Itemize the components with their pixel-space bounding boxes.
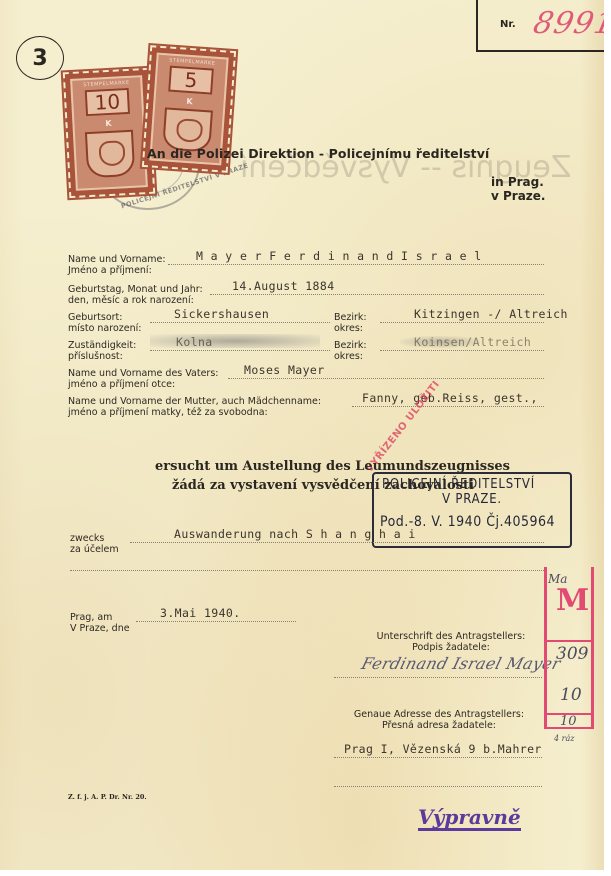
birth-district-line [380,322,544,323]
birth-date-line [210,294,544,295]
father-value: Moses Mayer [244,363,325,377]
date-label: Prag, am V Praze, dne [70,612,130,634]
mother-value: Fanny, geb.Reiss, gest., [362,391,538,405]
stamp-value: 5 [168,66,214,95]
father-label: Name und Vorname des Vaters: jméno a pří… [68,368,218,390]
address-value: Prag I, Vězenská 9 b.Mahrer [344,742,542,756]
registry-box-divider [544,640,594,642]
purpose-value: Auswanderung nach S h a n g h a i [174,527,416,541]
signature-label: Unterschrift des Antragstellers: Podpis … [366,631,536,653]
birth-place-label: Geburtsort: místo narození: [68,312,141,334]
nr-value: 8991 [530,6,604,41]
name-value: M a y e r F e r d i n a n d I s r a e l [196,249,482,263]
birth-place-line [150,322,330,323]
date-line [136,621,296,622]
date-value: 3.Mai 1940. [160,606,241,620]
form-footer-code: Z. f. j. A. P. Dr. Nr. 20. [68,793,147,801]
police-stamp-line1: POLICEJNÍ ŘEDITELSTVÍ [382,477,535,492]
birth-place-value: Sickershausen [174,307,269,321]
address-line [334,757,542,758]
stamp-unit: K [155,95,223,109]
father-line [228,378,544,379]
nr-label: Nr. [500,19,516,30]
name-label: Name und Vorname: Jméno a příjmení: [68,254,166,276]
stamp-top-text: STEMPELMARKE [72,79,140,89]
vypravne-stamp: Výpravně [418,806,521,831]
stamp-top-text: STEMPELMARKE [158,57,226,68]
registry-number-1: 309 [556,644,588,664]
mother-label: Name und Vorname der Mutter, auch Mädche… [68,396,321,418]
city-cz: v Praze. [491,189,546,203]
address-line-2 [334,786,542,787]
coat-of-arms-icon [85,130,135,178]
form-number-circle: 3 [16,36,64,80]
domicile-label: Zuständigkeit: příslušnost: [68,340,136,362]
domicile-value: Kolna [176,335,213,349]
domicile-district-label: Bezirk: okres: [334,340,367,362]
city-block: in Prag. v Praze. [491,175,546,203]
mother-line [352,406,544,407]
registry-letter-m: M [556,583,589,618]
purpose-label: zwecks za účelem [70,533,119,555]
signature-line [334,677,542,678]
police-stamp-line2: V PRAZE. [374,492,570,507]
registry-note: 4 ráz [554,734,574,743]
birth-district-value: Kitzingen -/ Altreich [414,307,568,321]
stamp-unit: K [74,117,142,130]
document-page: Nr. 8991 3 Zeugnis -- Vysvědčení POLICEJ… [0,0,604,870]
registry-number-2: 10 [560,685,582,705]
city-de: in Prag. [491,175,546,189]
domicile-district-line [380,350,544,351]
addressee-heading: An die Polizei Direktion - Policejnímu ř… [147,146,489,161]
purpose-line [130,542,544,543]
revenue-stamp-10k: STEMPELMARKE 10 K [63,68,155,198]
applicant-signature: Ferdinand Israel Mayer [359,654,562,673]
address-label: Genaue Adresse des Antragstellers: Přesn… [334,709,544,731]
registry-number-3: 10 [560,714,577,729]
domicile-district-value: Koinsen/Altreich [414,335,531,349]
stamp-value: 10 [85,88,130,116]
domicile-line [150,350,330,351]
name-line [168,264,544,265]
birth-date-label: Geburtstag, Monat und Jahr: den, měsíc a… [68,284,203,306]
purpose-line-2 [70,570,544,571]
birth-date-value: 14.August 1884 [232,279,335,293]
birth-district-label: Bezirk: okres: [334,312,367,334]
